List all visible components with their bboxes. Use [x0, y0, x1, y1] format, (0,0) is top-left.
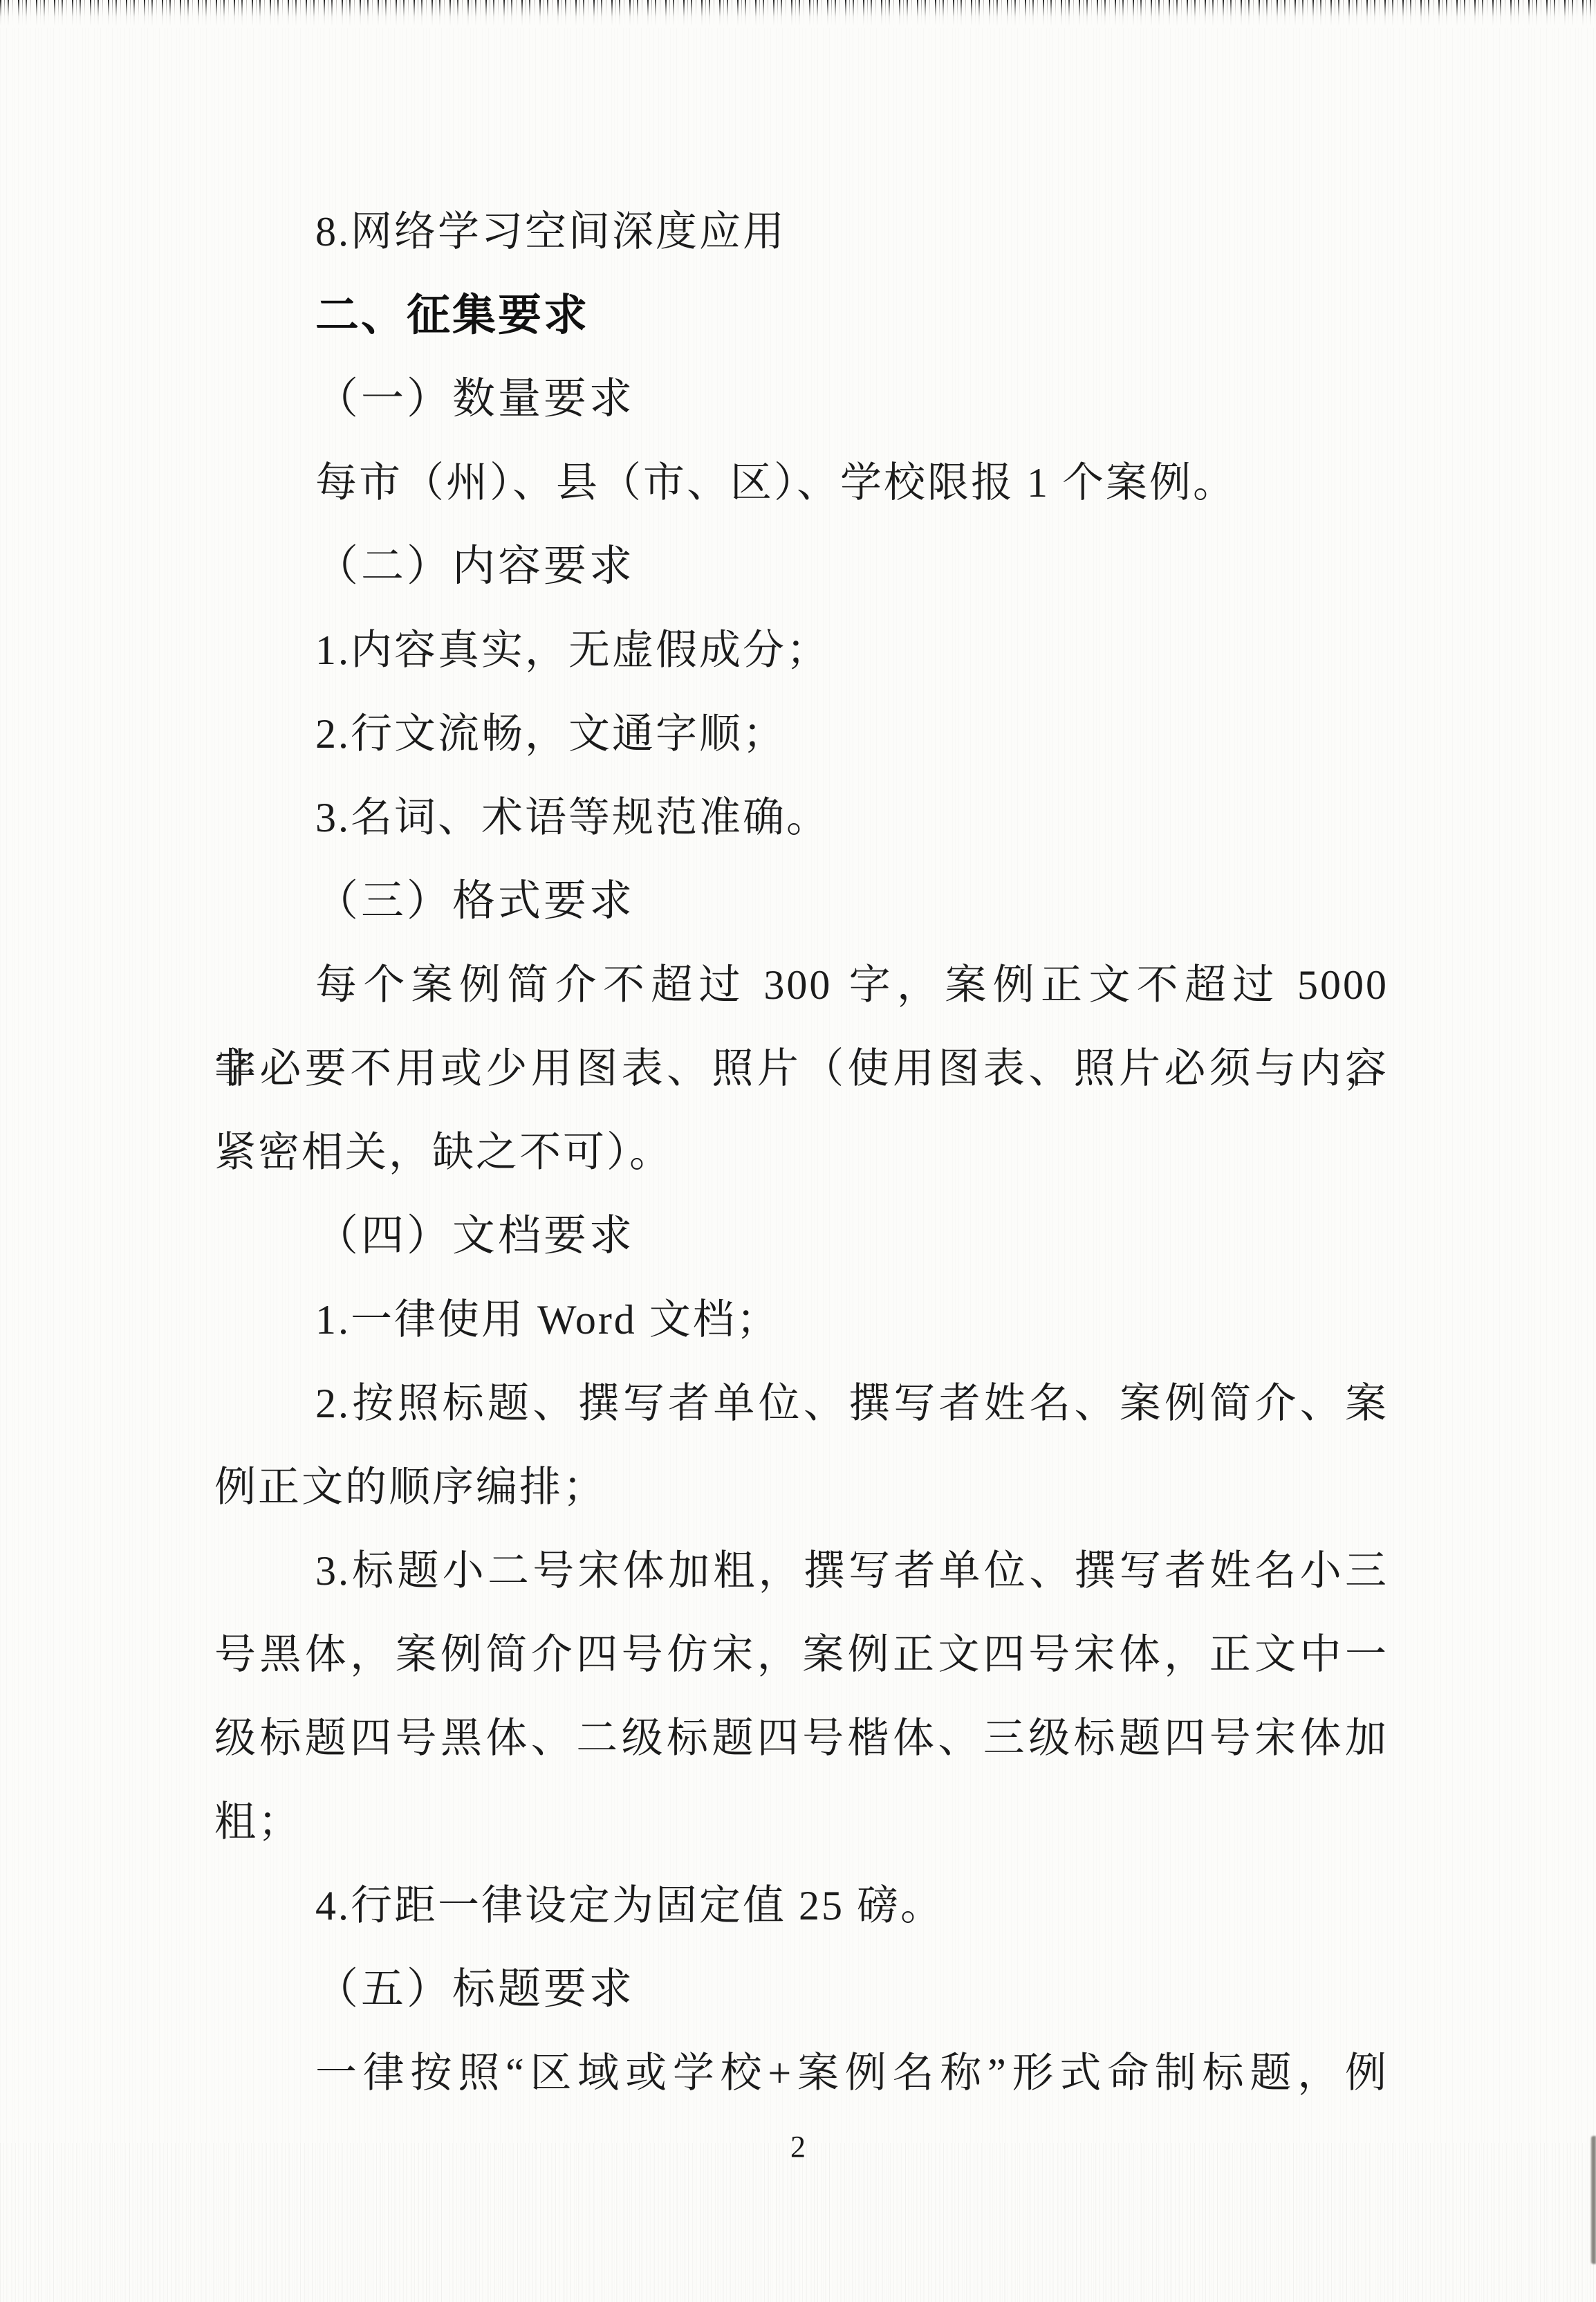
body-line: 非必要不用或少用图表、照片（使用图表、照片必须与内容: [214, 1027, 1389, 1111]
scan-edge-artifact: [1591, 2136, 1596, 2264]
scan-noise-top-edge: [0, 0, 1596, 28]
document-body: 8.网络学习空间深度应用 二、征集要求 （一）数量要求 每市（州）、县（市、区）…: [214, 190, 1389, 2115]
body-line: 紧密相关，缺之不可）。: [214, 1111, 1389, 1195]
body-line: 号黑体，案例简介四号仿宋，案例正文四号宋体，正文中一: [214, 1613, 1389, 1697]
body-line: 1.一律使用 Word 文档；: [214, 1278, 1389, 1362]
scanned-document-page: 8.网络学习空间深度应用 二、征集要求 （一）数量要求 每市（州）、县（市、区）…: [0, 0, 1596, 2302]
subsection-heading: （五）标题要求: [214, 1948, 1389, 2032]
scan-noise-fade: [0, 0, 1596, 28]
section-heading: 二、征集要求: [214, 274, 1389, 358]
body-line: 3.名词、术语等规范准确。: [214, 776, 1389, 860]
body-line: 1.内容真实，无虚假成分；: [214, 609, 1389, 692]
body-line: 每个案例简介不超过 300 字，案例正文不超过 5000 字，: [214, 943, 1389, 1027]
subsection-heading: （一）数量要求: [214, 358, 1389, 441]
body-line: 一律按照“区域或学校+案例名称”形式命制标题，例: [214, 2032, 1389, 2115]
body-line: 粗；: [214, 1780, 1389, 1864]
body-line: 2.按照标题、撰写者单位、撰写者姓名、案例简介、案: [214, 1362, 1389, 1446]
body-line: 例正文的顺序编排；: [214, 1446, 1389, 1529]
body-line: 4.行距一律设定为固定值 25 磅。: [214, 1864, 1389, 1948]
body-line: 每市（州）、县（市、区）、学校限报 1 个案例。: [214, 441, 1389, 525]
subsection-heading: （三）格式要求: [214, 860, 1389, 943]
page-number: 2: [0, 2125, 1596, 2169]
body-line: 级标题四号黑体、二级标题四号楷体、三级标题四号宋体加: [214, 1697, 1389, 1780]
subsection-heading: （二）内容要求: [214, 525, 1389, 609]
body-line: 3.标题小二号宋体加粗，撰写者单位、撰写者姓名小三: [214, 1529, 1389, 1613]
body-line: 8.网络学习空间深度应用: [214, 190, 1389, 274]
body-line: 2.行文流畅，文通字顺；: [214, 692, 1389, 776]
subsection-heading: （四）文档要求: [214, 1195, 1389, 1278]
